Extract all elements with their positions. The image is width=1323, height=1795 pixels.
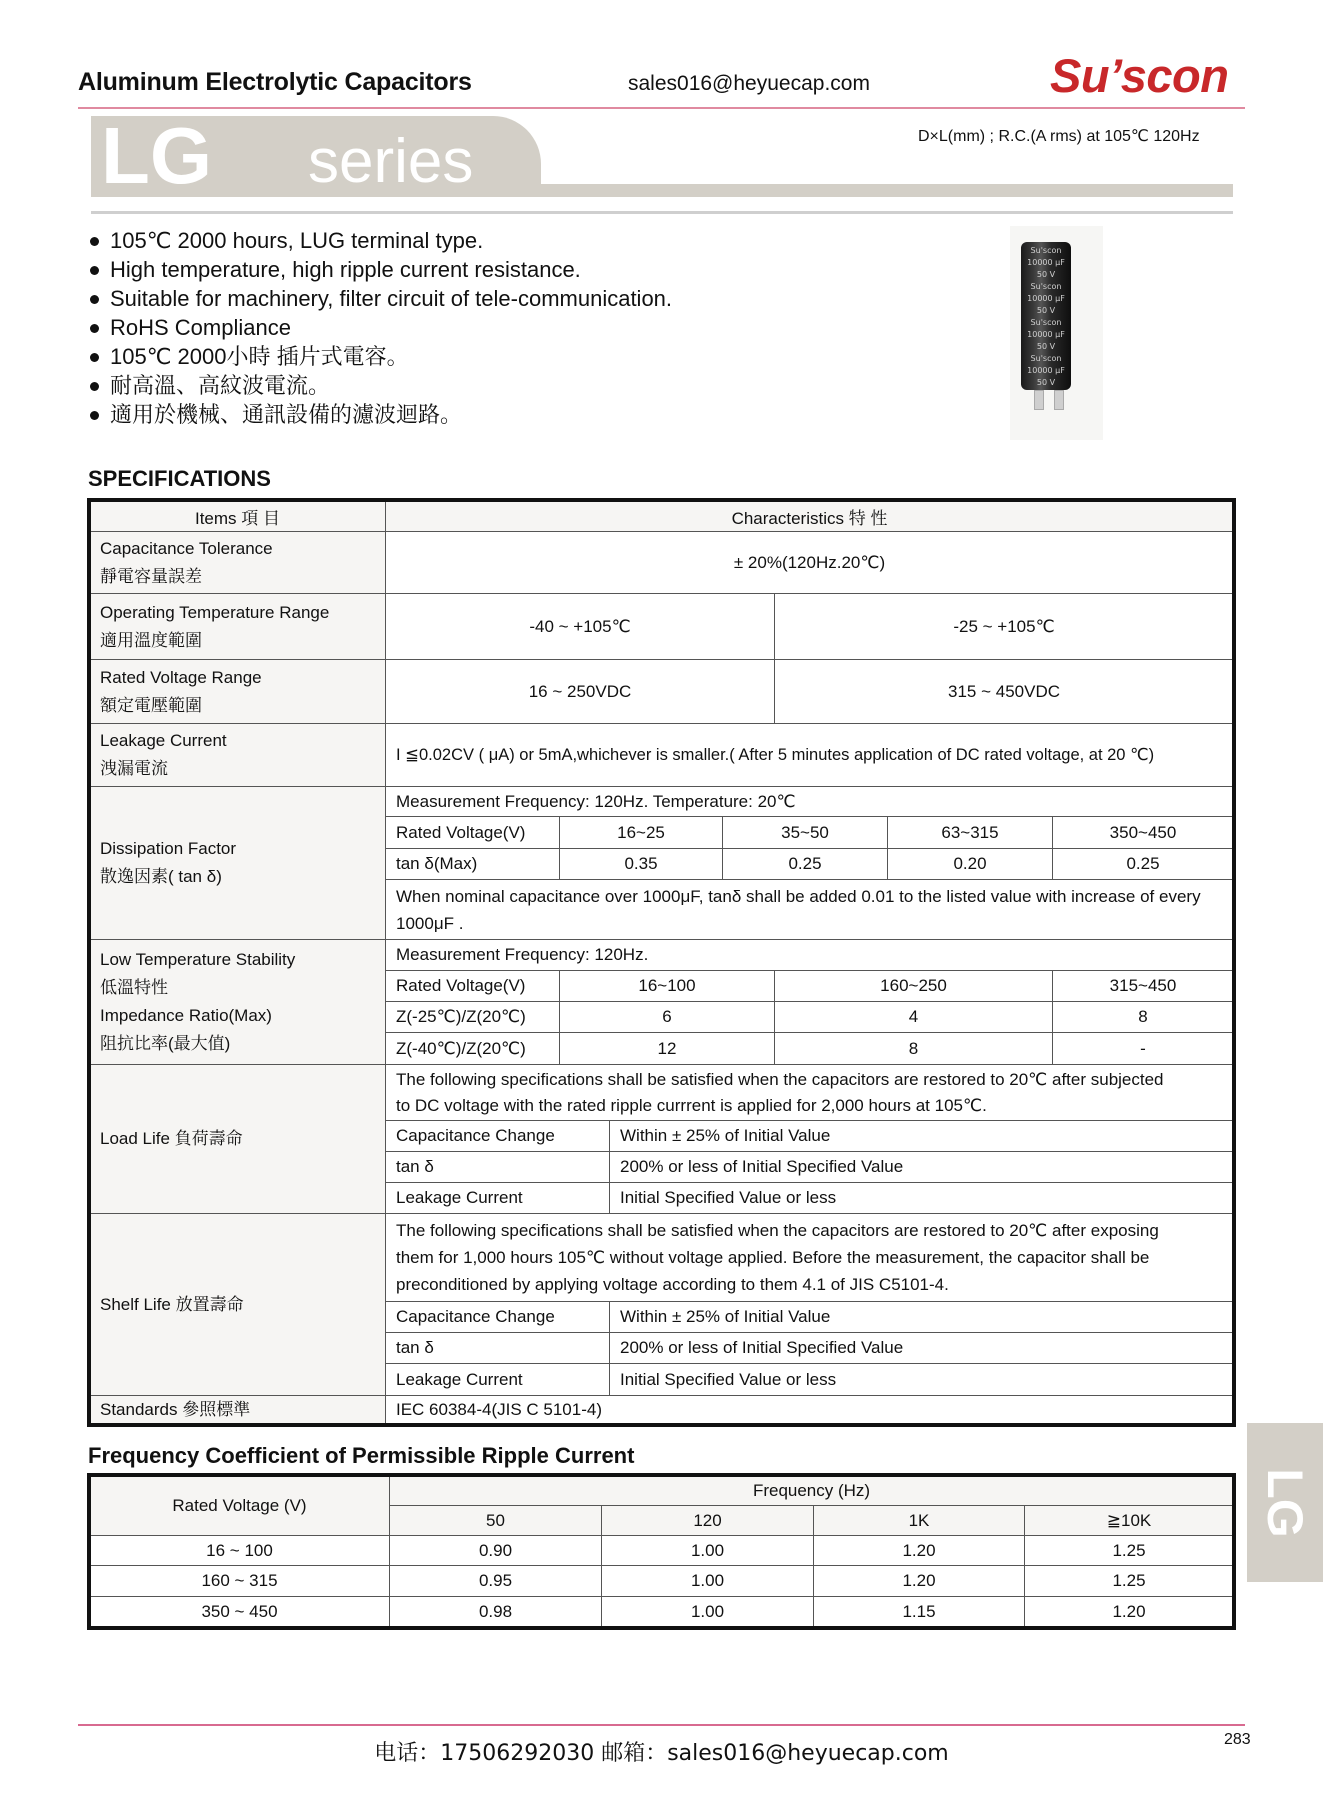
series-side-tab: LG (1247, 1423, 1323, 1582)
lt-z40-value: 12 (560, 1033, 775, 1065)
low-temp-label: Low Temperature Stability低溫特性Impedance R… (90, 940, 386, 1065)
df-voltage-label: Rated Voltage(V) (386, 817, 560, 849)
frequency-col: ≧10K (1025, 1506, 1234, 1536)
lt-z40-label: Z(-40℃)/Z(20℃) (386, 1033, 560, 1065)
shelf-life-item: Leakage Current (386, 1364, 610, 1396)
sleeve-marking: 10000 µF (1021, 330, 1071, 339)
ripple-coef: 1.20 (814, 1566, 1025, 1597)
shelf-life-label: Shelf Life 放置壽命 (90, 1214, 386, 1396)
ripple-coef: 1.20 (814, 1536, 1025, 1566)
feature-list: 105℃ 2000 hours, LUG terminal type. High… (88, 226, 672, 429)
ripple-voltage: 16 ~ 100 (90, 1536, 390, 1566)
lt-voltage: 315~450 (1053, 971, 1234, 1002)
leakage-label: Leakage Current洩漏電流 (90, 724, 386, 787)
footer-contact: 电话：17506292030 邮箱：sales016@heyuecap.com (0, 1736, 1323, 1767)
lt-voltage: 160~250 (775, 971, 1053, 1002)
leakage-value: I ≦0.02CV ( μA) or 5mA,whichever is smal… (386, 724, 1234, 787)
sleeve-marking: Su'scon (1021, 318, 1071, 327)
df-tan-value: 0.25 (723, 849, 888, 880)
ripple-coef: 1.15 (814, 1597, 1025, 1628)
ripple-row: 16 ~ 100 0.90 1.00 1.20 1.25 (90, 1536, 1234, 1566)
ripple-coef: 0.95 (390, 1566, 602, 1597)
ripple-coef: 1.00 (602, 1566, 814, 1597)
op-temp-value-high: -25 ~ +105℃ (775, 594, 1234, 660)
df-voltage: 350~450 (1053, 817, 1234, 849)
sleeve-marking: 50 V (1021, 306, 1071, 315)
load-life-label: Load Life 負荷壽命 (90, 1065, 386, 1214)
rated-voltage-header: Rated Voltage (V) (90, 1476, 390, 1536)
lt-measurement: Measurement Frequency: 120Hz. (386, 940, 1234, 971)
header-divider (78, 107, 1245, 109)
capacitor-photo: Su'scon10000 µF50 VSu'scon10000 µF50 VSu… (1010, 226, 1103, 440)
cap-tolerance-label: Capacitance Tolerance靜電容量誤差 (90, 532, 386, 594)
ripple-coef: 1.00 (602, 1536, 814, 1566)
lt-z25-value: 4 (775, 1002, 1053, 1033)
capacitor-body: Su'scon10000 µF50 VSu'scon10000 µF50 VSu… (1021, 242, 1071, 390)
load-life-item: Leakage Current (386, 1183, 610, 1214)
feature-item: 適用於機械、通訊設備的濾波迴路。 (88, 400, 672, 429)
load-life-item: Capacitance Change (386, 1121, 610, 1152)
load-life-item: tan δ (386, 1152, 610, 1183)
df-voltage: 63~315 (888, 817, 1053, 849)
ripple-coef: 1.25 (1025, 1536, 1234, 1566)
sleeve-marking: 50 V (1021, 378, 1071, 387)
feature-item: 105℃ 2000 hours, LUG terminal type. (88, 226, 672, 255)
feature-item: RoHS Compliance (88, 313, 672, 342)
shelf-life-description: The following specifications shall be sa… (386, 1214, 1234, 1302)
load-life-value: Within ± 25% of Initial Value (610, 1121, 1234, 1152)
ripple-coef: 1.20 (1025, 1597, 1234, 1628)
shelf-life-value: 200% or less of Initial Specified Value (610, 1333, 1234, 1364)
sleeve-marking: 50 V (1021, 342, 1071, 351)
load-life-description: The following specifications shall be sa… (386, 1065, 1234, 1121)
dimensions-note: D×L(mm) ; R.C.(A rms) at 105℃ 120Hz (918, 126, 1200, 146)
brand-logo: Su’scon (1050, 48, 1228, 103)
banner-underline (91, 211, 1233, 214)
lt-z25-value: 8 (1053, 1002, 1234, 1033)
load-life-value: Initial Specified Value or less (610, 1183, 1234, 1214)
ripple-voltage: 350 ~ 450 (90, 1597, 390, 1628)
df-tan-value: 0.35 (560, 849, 723, 880)
df-tan-value: 0.25 (1053, 849, 1234, 880)
feature-item: Suitable for machinery, filter circuit o… (88, 284, 672, 313)
shelf-life-value: Initial Specified Value or less (610, 1364, 1234, 1396)
df-voltage: 16~25 (560, 817, 723, 849)
feature-item: High temperature, high ripple current re… (88, 255, 672, 284)
frequency-col: 120 (602, 1506, 814, 1536)
df-measurement: Measurement Frequency: 120Hz. Temperatur… (386, 787, 1234, 817)
lt-voltage-label: Rated Voltage(V) (386, 971, 560, 1002)
dissipation-label: Dissipation Factor散逸因素( tan δ) (90, 787, 386, 940)
lt-z25-value: 6 (560, 1002, 775, 1033)
sleeve-marking: 10000 µF (1021, 366, 1071, 375)
shelf-life-value: Within ± 25% of Initial Value (610, 1302, 1234, 1333)
sleeve-marking: Su'scon (1021, 354, 1071, 363)
side-tab-label: LG (1256, 1468, 1314, 1537)
ripple-voltage: 160 ~ 315 (90, 1566, 390, 1597)
ripple-title: Frequency Coefficient of Permissible Rip… (88, 1443, 634, 1469)
op-temp-label: Operating Temperature Range適用溫度範圍 (90, 594, 386, 660)
shelf-life-item: tan δ (386, 1333, 610, 1364)
ripple-row: 160 ~ 315 0.95 1.00 1.20 1.25 (90, 1566, 1234, 1597)
sleeve-marking: Su'scon (1021, 282, 1071, 291)
ripple-coef: 0.98 (390, 1597, 602, 1628)
lt-z25-label: Z(-25℃)/Z(20℃) (386, 1002, 560, 1033)
df-voltage: 35~50 (723, 817, 888, 849)
page-number: 283 (1224, 1731, 1251, 1749)
rated-voltage-value-high: 315 ~ 450VDC (775, 660, 1234, 724)
df-tan-label: tan δ(Max) (386, 849, 560, 880)
rated-voltage-label: Rated Voltage Range額定電壓範圍 (90, 660, 386, 724)
header-email[interactable]: sales016@heyuecap.com (628, 72, 870, 96)
frequency-header: Frequency (Hz) (390, 1476, 1234, 1506)
specifications-title: SPECIFICATIONS (88, 466, 271, 492)
op-temp-value-low: -40 ~ +105℃ (386, 594, 775, 660)
ripple-coef: 0.90 (390, 1536, 602, 1566)
frequency-col: 50 (390, 1506, 602, 1536)
lug-terminal (1034, 390, 1044, 410)
standards-value: IEC 60384-4(JIS C 5101-4) (386, 1396, 1234, 1425)
standards-label: Standards 參照標準 (90, 1396, 386, 1425)
df-note: When nominal capacitance over 1000μF, ta… (386, 880, 1234, 940)
document-title: Aluminum Electrolytic Capacitors (78, 68, 472, 97)
shelf-life-item: Capacitance Change (386, 1302, 610, 1333)
lt-z40-value: - (1053, 1033, 1234, 1065)
lug-terminal (1054, 390, 1064, 410)
cap-tolerance-value: ± 20%(120Hz.20℃) (386, 532, 1234, 594)
sleeve-marking: Su'scon (1021, 246, 1071, 255)
sleeve-marking: 50 V (1021, 270, 1071, 279)
series-word: series (308, 122, 473, 202)
header-items: Items 項 目 (90, 501, 386, 532)
ripple-coef: 1.00 (602, 1597, 814, 1628)
feature-item: 105℃ 2000小時 插片式電容。 (88, 342, 672, 371)
lt-voltage: 16~100 (560, 971, 775, 1002)
header-characteristics: Characteristics 特 性 (386, 501, 1234, 532)
load-life-value: 200% or less of Initial Specified Value (610, 1152, 1234, 1183)
df-tan-value: 0.20 (888, 849, 1053, 880)
footer-divider (78, 1724, 1245, 1726)
sleeve-marking: 10000 µF (1021, 258, 1071, 267)
ripple-coef: 1.25 (1025, 1566, 1234, 1597)
feature-item: 耐高溫、高紋波電流。 (88, 371, 672, 400)
rated-voltage-value-low: 16 ~ 250VDC (386, 660, 775, 724)
frequency-col: 1K (814, 1506, 1025, 1536)
series-code: LG (101, 110, 212, 202)
sleeve-marking: 10000 µF (1021, 294, 1071, 303)
banner-strip (91, 184, 1233, 197)
ripple-row: 350 ~ 450 0.98 1.00 1.15 1.20 (90, 1597, 1234, 1628)
lt-z40-value: 8 (775, 1033, 1053, 1065)
